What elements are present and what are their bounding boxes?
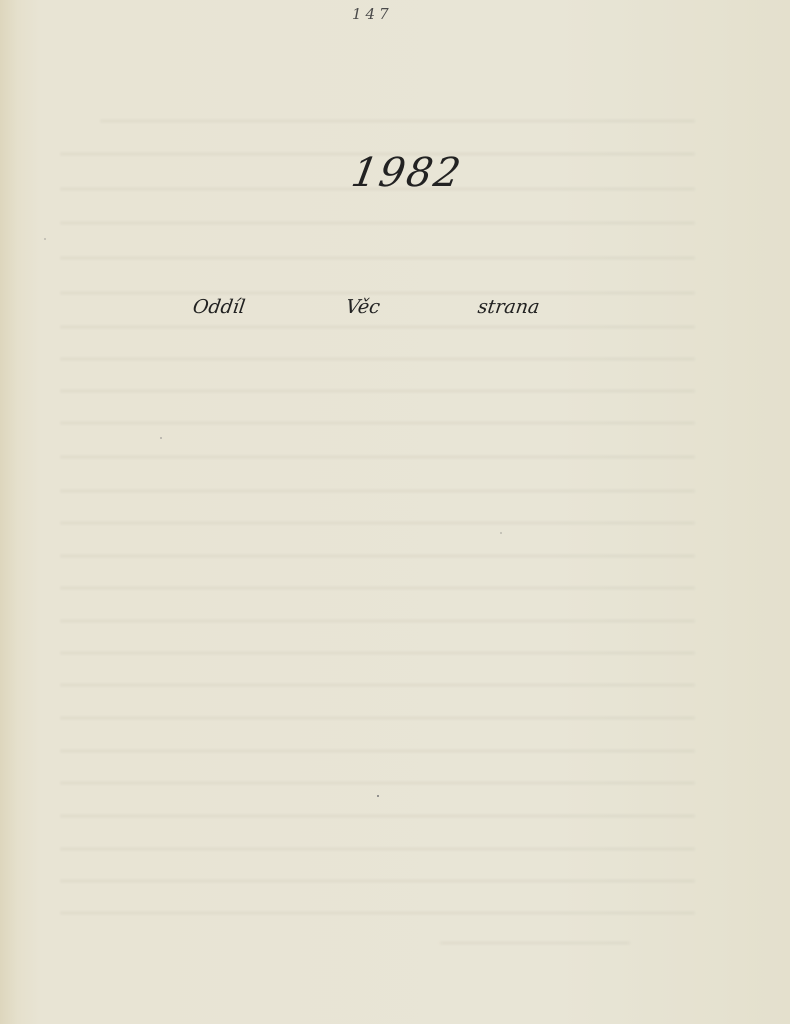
bleed-through-line	[60, 815, 695, 817]
bleed-through-line	[60, 717, 695, 719]
bleed-through-line	[60, 880, 695, 882]
paper-speck	[160, 437, 162, 439]
bleed-through-line	[60, 620, 695, 622]
bleed-through-line	[60, 652, 695, 654]
bleed-through-line	[60, 750, 695, 752]
bleed-through-line	[60, 555, 695, 557]
bleed-through-line	[60, 257, 695, 259]
bleed-through-line	[60, 390, 695, 392]
paper-speck	[44, 238, 46, 240]
bleed-through-line	[60, 587, 695, 589]
bleed-through-line	[100, 120, 695, 122]
paper-speck	[377, 795, 379, 797]
bleed-through-line	[60, 358, 695, 360]
bleed-through-line	[60, 490, 695, 492]
bleed-through-line	[440, 942, 630, 944]
bleed-through-line	[60, 292, 695, 294]
bleed-through-line	[60, 782, 695, 784]
bleed-through-line	[60, 422, 695, 424]
bleed-through-line	[60, 326, 695, 328]
bleed-through-line	[60, 222, 695, 224]
column-header-vec: Věc	[344, 296, 381, 318]
bleed-through-line	[60, 912, 695, 914]
bleed-through-line	[60, 522, 695, 524]
column-header-oddil: Oddíl	[191, 296, 246, 318]
year-heading: 1982	[348, 150, 466, 196]
document-page: 147 1982 Oddíl Věc strana	[0, 0, 790, 1024]
page-number: 147	[352, 5, 393, 23]
column-header-strana: strana	[476, 296, 540, 318]
bleed-through-line	[60, 456, 695, 458]
bleed-through-line	[60, 848, 695, 850]
bleed-through-line	[60, 684, 695, 686]
paper-speck	[500, 532, 502, 534]
